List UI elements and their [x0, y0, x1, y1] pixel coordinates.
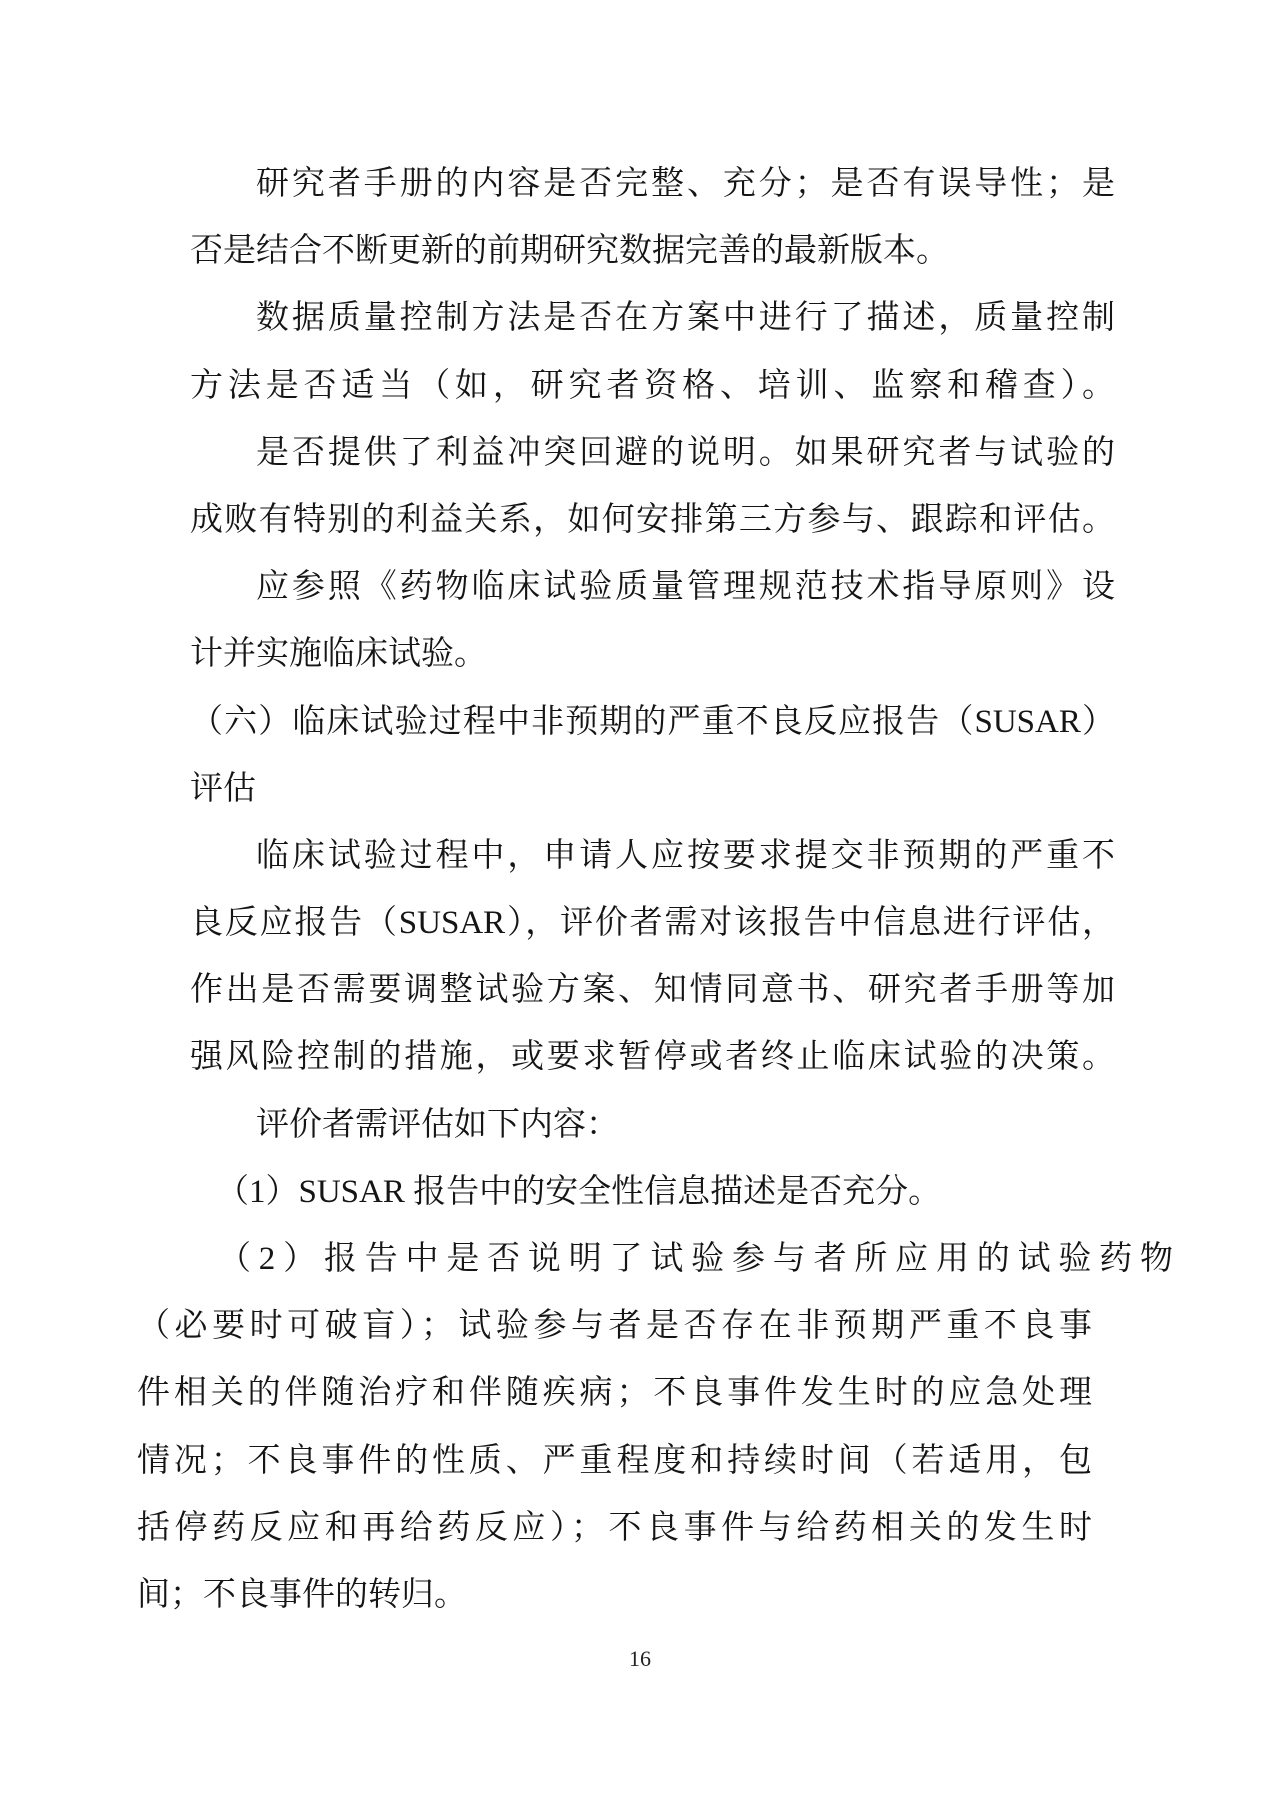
body-line: 成败有特别的利益关系，如何安排第三方参与、跟踪和评估。	[190, 487, 1115, 554]
page-number: 16	[0, 1645, 1280, 1673]
body-line: 强风险控制的措施，或要求暂停或者终止临床试验的决策。	[190, 1024, 1115, 1091]
list-item-line: （2）报告中是否说明了试验参与者所应用的试验药物	[137, 1226, 1173, 1293]
body-line: 研究者手册的内容是否完整、充分；是否有误导性；是	[190, 151, 1115, 218]
body-line: 情况；不良事件的性质、严重程度和持续时间（若适用，包	[137, 1428, 1092, 1495]
section-heading-line: 评估	[190, 756, 1115, 823]
body-line: 间；不良事件的转归。	[137, 1562, 1092, 1629]
body-line: 良反应报告（SUSAR），评价者需对该报告中信息进行评估，	[190, 890, 1115, 957]
body-text: 研究者手册的内容是否完整、充分；是否有误导性；是 否是结合不断更新的前期研究数据…	[190, 151, 1115, 1629]
body-line: 数据质量控制方法是否在方案中进行了描述，质量控制	[190, 285, 1115, 352]
body-line: 方法是否适当（如，研究者资格、培训、监察和稽查）。	[190, 353, 1115, 420]
body-line: 评价者需评估如下内容：	[190, 1092, 1115, 1159]
body-line: 临床试验过程中，申请人应按要求提交非预期的严重不	[190, 823, 1115, 890]
body-line: 否是结合不断更新的前期研究数据完善的最新版本。	[190, 218, 1115, 285]
body-line: 是否提供了利益冲突回避的说明。如果研究者与试验的	[190, 420, 1115, 487]
body-line: 件相关的伴随治疗和伴随疾病；不良事件发生时的应急处理	[137, 1360, 1092, 1427]
body-line: （必要时可破盲）；试验参与者是否存在非预期严重不良事	[137, 1293, 1092, 1360]
section-heading-line: （六）临床试验过程中非预期的严重不良反应报告（SUSAR）	[190, 689, 1115, 756]
body-line: 括停药反应和再给药反应）；不良事件与给药相关的发生时	[137, 1495, 1092, 1562]
body-line: 应参照《药物临床试验质量管理规范技术指导原则》设	[190, 554, 1115, 621]
list-item-line: （1）SUSAR 报告中的安全性信息描述是否充分。	[190, 1159, 1115, 1226]
body-line: 作出是否需要调整试验方案、知情同意书、研究者手册等加	[190, 957, 1115, 1024]
document-page: 研究者手册的内容是否完整、充分；是否有误导性；是 否是结合不断更新的前期研究数据…	[0, 0, 1280, 1810]
body-line: 计并实施临床试验。	[190, 621, 1115, 688]
